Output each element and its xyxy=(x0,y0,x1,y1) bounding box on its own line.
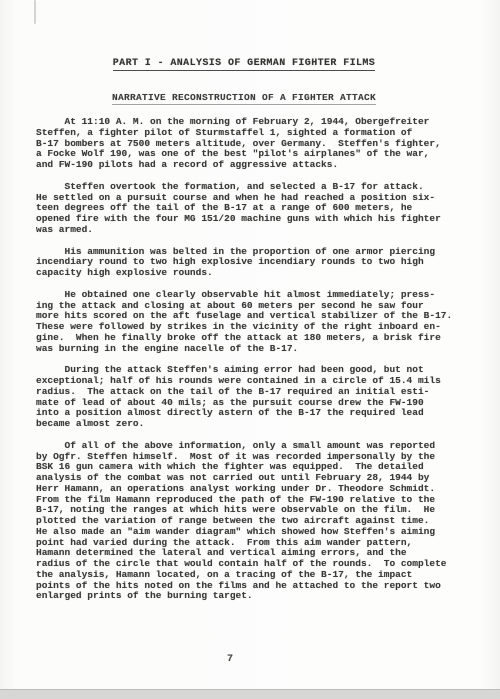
section-heading: NARRATIVE RECONSTRUCTION OF A FIGHTER AT… xyxy=(112,92,376,105)
section-heading-row: NARRATIVE RECONSTRUCTION OF A FIGHTER AT… xyxy=(36,71,476,105)
paragraph-1: At 11:10 A. M. on the morning of Februar… xyxy=(36,117,476,171)
page-number: 7 xyxy=(0,654,460,665)
document-body: At 11:10 A. M. on the morning of Februar… xyxy=(36,117,476,602)
scan-edge-bottom xyxy=(0,689,500,699)
document-content: PART I - ANALYSIS OF GERMAN FIGHTER FILM… xyxy=(36,52,476,613)
paragraph-4: He obtained one clearly observable hit a… xyxy=(36,290,476,355)
paragraph-2: Steffen overtook the formation, and sele… xyxy=(36,182,476,236)
part-heading-row: PART I - ANALYSIS OF GERMAN FIGHTER FILM… xyxy=(36,52,476,71)
scanned-document-page: PART I - ANALYSIS OF GERMAN FIGHTER FILM… xyxy=(0,0,500,699)
paragraph-6: Of all of the above information, only a … xyxy=(36,441,476,602)
paragraph-3: His ammunition was belted in the proport… xyxy=(36,247,476,279)
part-heading: PART I - ANALYSIS OF GERMAN FIGHTER FILM… xyxy=(113,58,375,71)
paragraph-5: During the attack Steffen's aiming error… xyxy=(36,365,476,430)
scan-fold-mark xyxy=(34,0,36,24)
